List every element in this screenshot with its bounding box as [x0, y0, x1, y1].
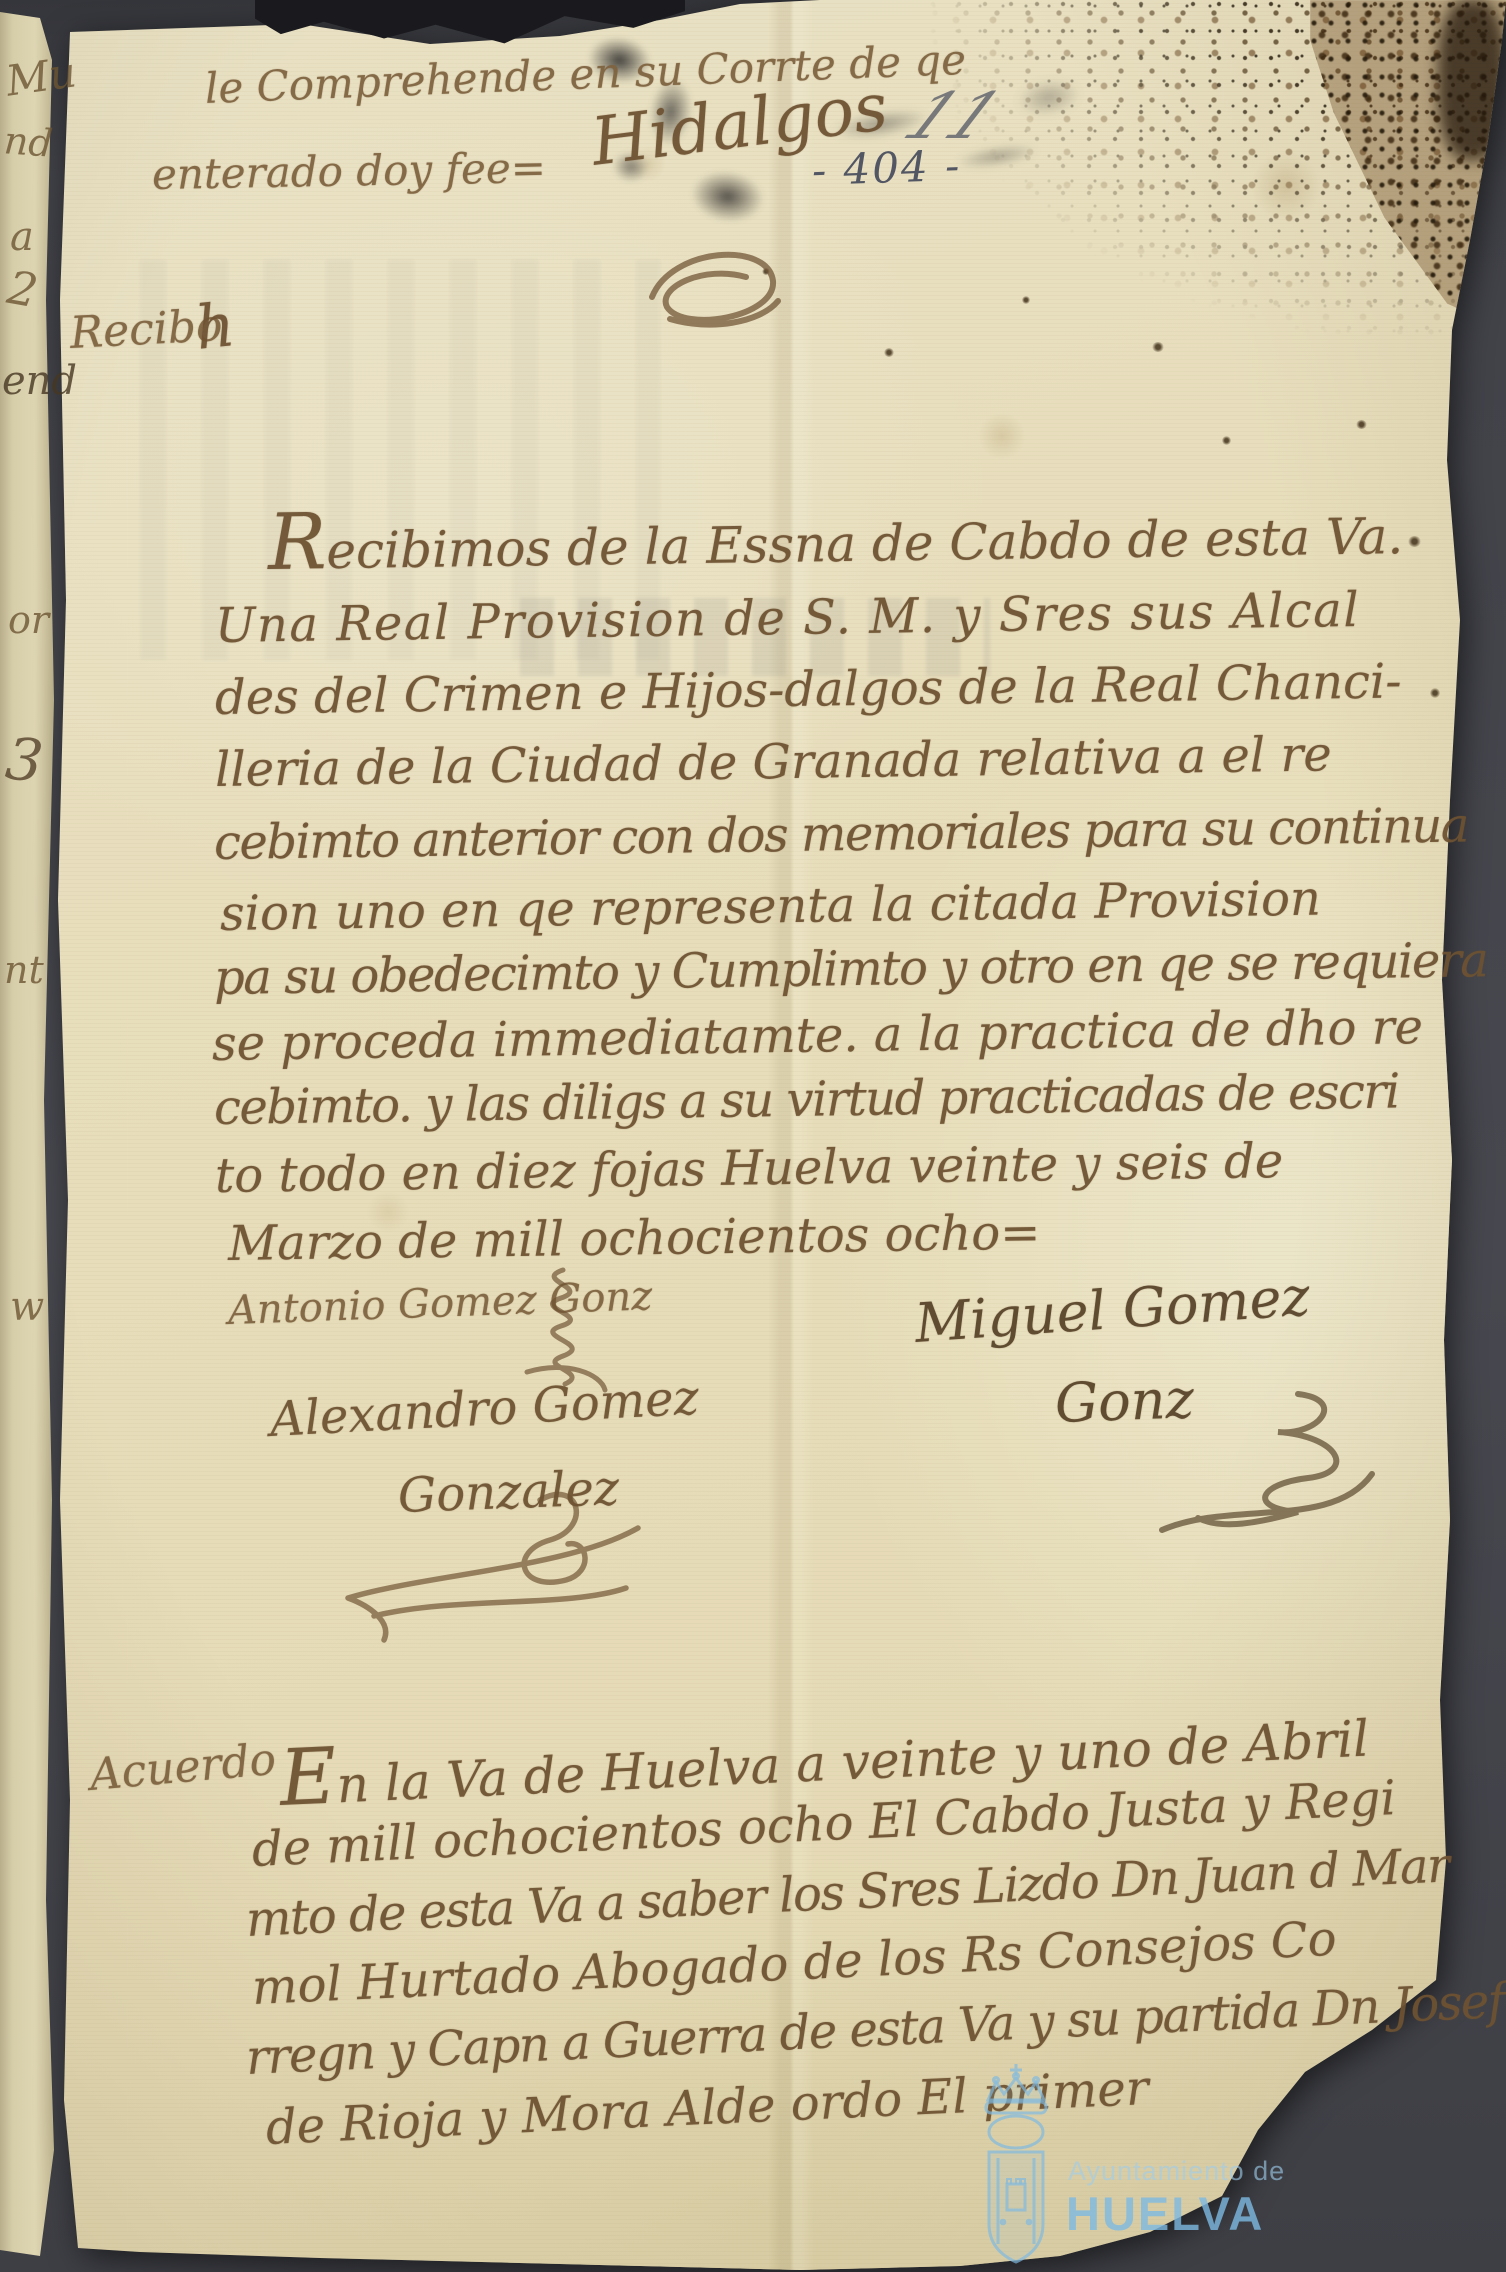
- receipt-line: Marzo de mill ochocientos ocho=: [228, 1205, 1041, 1272]
- miguel-rubric-flourish: [1150, 1378, 1390, 1558]
- antonio-rubric-flourish: [505, 1262, 615, 1412]
- edge-text-fragment: end: [2, 358, 77, 404]
- huelva-crest-icon: [972, 2062, 1060, 2272]
- edge-text-fragment: nt: [4, 948, 44, 992]
- watermark-text-line1: Ayuntamiento de: [1068, 2156, 1285, 2187]
- corner-stain: [1438, 0, 1506, 160]
- edge-text-fragment: a: [10, 214, 34, 260]
- manuscript-scan: Mu nd a 2 end or 3 nt w le Compr: [0, 0, 1506, 2272]
- watermark-text-line2: HUELVA: [1066, 2186, 1264, 2241]
- foxing-dot: [884, 348, 894, 357]
- edge-text-fragment: nd: [3, 118, 55, 165]
- paragraph-mark: h: [192, 290, 238, 364]
- edge-text-fragment: w: [10, 1284, 44, 1330]
- header-note-line2: enterado doy fee=: [152, 143, 547, 199]
- foxing-dot: [1430, 688, 1440, 698]
- header-rubric-flourish: [640, 235, 790, 340]
- edge-text-fragment: 3: [3, 724, 47, 795]
- foxing-dot: [1022, 296, 1030, 304]
- edge-text-fragment: Mu: [3, 47, 79, 105]
- foxing-dot: [1408, 536, 1421, 547]
- foxing-dot: [1222, 436, 1231, 445]
- alexandro-rubric-flourish: [330, 1470, 660, 1660]
- foxing-dot: [1356, 420, 1367, 429]
- edge-text-fragment: or: [8, 598, 49, 642]
- foxing-dot: [1152, 342, 1164, 352]
